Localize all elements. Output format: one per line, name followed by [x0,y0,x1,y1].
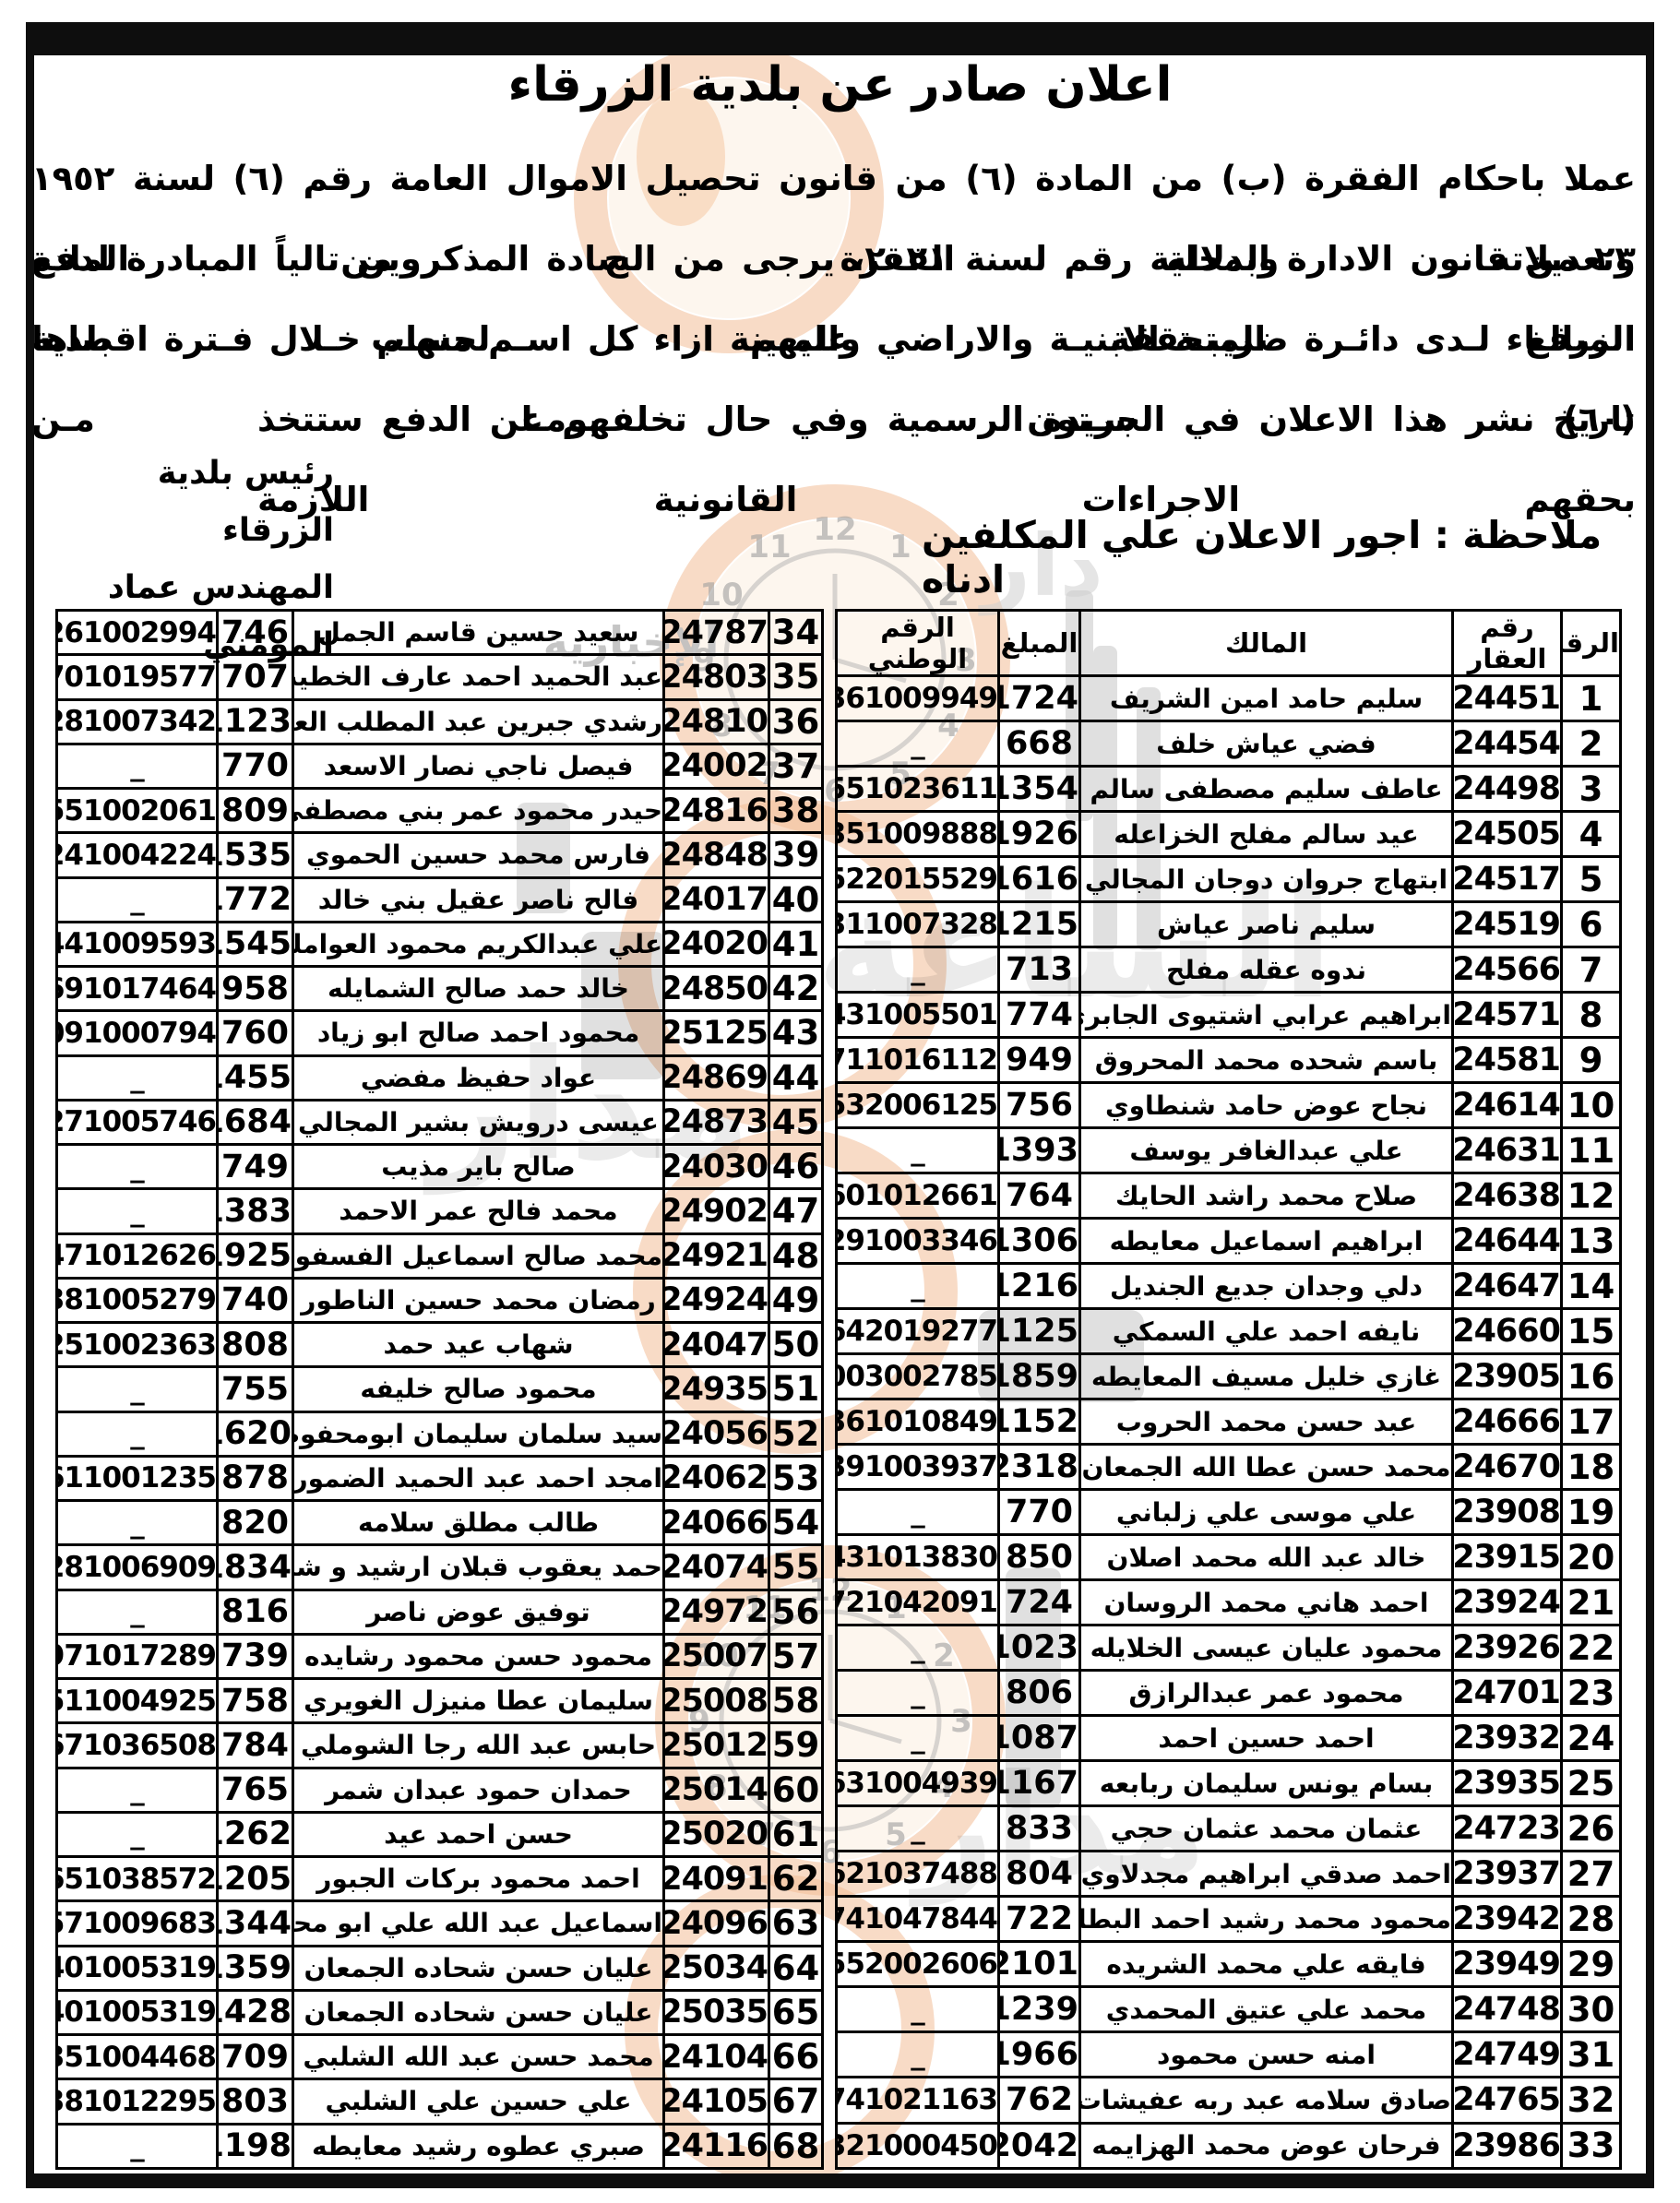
table-row: 12824638صلاح محمد راشد الحايك76496010126… [837,1173,1621,1219]
serial-cell: 25 [1562,1761,1621,1806]
national-id-cell: _ [837,1987,999,2032]
serial-cell: 18 [1562,1445,1621,1490]
owner-name-cell: محمود عمر عبدالرازق [1080,1671,1453,1716]
property-number-cell: 823937 [1453,1852,1562,1897]
property-number-cell: 824066 [664,1501,769,1545]
national-id-cell: 9291003346 [837,1219,999,1264]
table-row: 25823935بسام يونس سليمان ربابعه116796310… [837,1761,1621,1806]
owner-name-cell: رمضان محمد حسين الناطور [293,1278,664,1322]
amount-cell: 1772 [218,877,293,922]
table-row: 13824644ابراهيم اسماعيل معايطه1306929100… [837,1219,1621,1264]
property-number-cell: 824666 [1453,1399,1562,1445]
serial-cell: 61 [769,1812,823,1856]
serial-cell: 42 [769,967,823,1011]
table-row: 67824105علي حسين علي الشلبي8039381012295 [57,2079,823,2124]
national-id-cell: _ [57,1768,218,1812]
owner-name-cell: فارس محمد حسين الحموي [293,833,664,877]
table-row: 21823924احمد هاني محمد الروسان7249721042… [837,1580,1621,1625]
property-number-cell: 824803 [664,655,769,699]
table-row: 5824517ابتهاج جروان دوجان المجالي1616952… [837,857,1621,902]
property-number-cell: 824723 [1453,1806,1562,1852]
serial-cell: 64 [769,1946,823,1990]
table-row: 52824056سيد سلمان سليمان ابومحفوظ1620_ [57,1411,823,1456]
national-id-cell: 9281006909 [57,1545,218,1590]
property-number-cell: 824096 [664,1901,769,1946]
table-row: 33823986فرحان عوض محمد الهزايمه204293210… [837,2123,1621,2169]
amount-cell: 1216 [999,1264,1080,1309]
table-row: 15824660نايفه احمد علي السمكي11259642019… [837,1309,1621,1354]
amount-cell: 770 [999,1490,1080,1535]
paragraph-line: ٢٣ من قانون الادارة المحلية رقم لسنة ٢٠٢… [31,219,1636,299]
amount-cell: 820 [218,1501,293,1545]
serial-cell: 5 [1562,857,1621,902]
table-row: 4824505عيد سالم مفلح الخزاعله19269351009… [837,812,1621,857]
owner-name-cell: طالب مطلق سلامه [293,1501,664,1545]
national-id-cell: _ [57,1055,218,1100]
property-number-cell: 824451 [1453,676,1562,721]
table-row: 32824765صادق سلامه عبد ربه عفيشات7629741… [837,2078,1621,2123]
amount-cell: 803 [218,2079,293,2124]
property-number-cell: 824850 [664,967,769,1011]
owner-name-cell: ابتهاج جروان دوجان المجالي [1080,857,1453,902]
amount-cell: 878 [218,1456,293,1500]
serial-cell: 32 [1562,2078,1621,2123]
owner-name-cell: امجد احمد عبد الحميد الضمور [293,1456,664,1500]
owner-name-cell: محمود احمد صالح ابو زياد [293,1011,664,1055]
serial-cell: 12 [1562,1173,1621,1219]
owner-name-cell: فضي عياش خلف [1080,721,1453,767]
national-id-cell: 9721042091 [837,1580,999,1625]
owner-name-cell: احمد هاني محمد الروسان [1080,1580,1453,1625]
serial-cell: 51 [769,1367,823,1411]
property-number-cell: 824505 [1453,812,1562,857]
amount-cell: 740 [218,1278,293,1322]
amount-cell: 1859 [999,1354,1080,1399]
serial-cell: 41 [769,922,823,966]
serial-cell: 44 [769,1055,823,1100]
amount-cell: 850 [999,1535,1080,1580]
national-id-cell: 9361009949 [837,676,999,721]
national-id-cell: _ [837,1625,999,1671]
owner-name-cell: احمد صدقي ابراهيم مجدلاوي [1080,1852,1453,1897]
serial-cell: 43 [769,1011,823,1055]
property-number-cell: 824701 [1453,1671,1562,1716]
table-row: 50824047شهاب عيد حمد8089251002363 [57,1323,823,1367]
serial-cell: 10 [1562,1083,1621,1128]
serial-cell: 1 [1562,676,1621,721]
national-id-cell: _ [57,877,218,922]
table-row: 57825007محمود حسن محمود رشايده7399971017… [57,1634,823,1678]
amount-cell: 764 [999,1173,1080,1219]
property-number-cell: 824571 [1453,993,1562,1038]
serial-cell: 48 [769,1233,823,1278]
national-id-cell: _ [837,1264,999,1309]
amount-cell: 1383 [218,1189,293,1233]
amount-cell: 760 [218,1011,293,1055]
property-number-cell: 825012 [664,1723,769,1768]
serial-cell: 29 [1562,1942,1621,1987]
property-number-cell: 823905 [1453,1354,1562,1399]
owner-name-cell: علي عبدالكريم محمود العوامله [293,922,664,966]
table-row: 20823915خالد عبد الله محمد اصلان85094310… [837,1535,1621,1580]
owner-name-cell: محمد حسن عبد الله الشلبي [293,2035,664,2079]
property-number-cell: 824074 [664,1545,769,1590]
amount-cell: 770 [218,744,293,788]
serial-cell: 35 [769,655,823,699]
amount-cell: 756 [999,1083,1080,1128]
national-id-cell: _ [57,1367,218,1411]
table-row: 62824091احمد محمود بركات الجبور120596510… [57,1857,823,1901]
serial-cell: 55 [769,1545,823,1590]
property-number-cell: 824638 [1453,1173,1562,1219]
owner-name-cell: علي حسين علي الشلبي [293,2079,664,2124]
owner-name-cell: فيصل ناجي نصار الاسعد [293,744,664,788]
national-id-cell: 9251002363 [57,1323,218,1367]
property-number-cell: 825035 [664,1990,769,2034]
owner-name-cell: رشدي جبرين عبد المطلب العزه [293,699,664,744]
serial-cell: 13 [1562,1219,1621,1264]
serial-cell: 54 [769,1501,823,1545]
national-id-cell: 9431013830 [837,1535,999,1580]
serial-cell: 22 [1562,1625,1621,1671]
table-row: 26824723عثمان محمد عثمان حجي833_ [837,1806,1621,1852]
property-number-cell: 824062 [664,1456,769,1500]
fees-note: ملاحظة : اجور الاعلان علي المكلفين ادناه [922,513,1623,601]
table-row: 27823937احمد صدقي ابراهيم مجدلاوي8049621… [837,1852,1621,1897]
owner-name-cell: عبد حسن محمد الحروب [1080,1399,1453,1445]
amount-cell: 1125 [999,1309,1080,1354]
property-number-cell: 824519 [1453,902,1562,947]
amount-cell: 1198 [218,2124,293,2169]
owner-name-cell: علي موسى علي زلباني [1080,1490,1453,1535]
national-id-cell: 9261002994 [57,611,218,655]
table-row: 3824498عاطف سليم مصطفى سالم1354955102361… [837,767,1621,812]
serial-cell: 19 [1562,1490,1621,1535]
owner-name-cell: ندوه عقله مفلح [1080,947,1453,993]
national-id-cell: 9741021163 [837,2078,999,2123]
serial-cell: 11 [1562,1128,1621,1173]
amount-cell: 784 [218,1723,293,1768]
amount-cell: 1344 [218,1901,293,1946]
national-id-cell: _ [837,2032,999,2078]
owner-name-cell: حمد يعقوب قبلان ارشيد و شركاه [293,1545,664,1590]
owner-name-cell: محمد فالح عمر الاحمد [293,1189,664,1233]
national-id-cell: _ [57,2124,218,2169]
owner-name-cell: محمود عليان عيسى الخلايله [1080,1625,1453,1671]
property-number-cell: 824765 [1453,2078,1562,2123]
owner-name-cell: سليم ناصر عياش [1080,902,1453,947]
property-number-cell: 824972 [664,1590,769,1634]
table-row: 48824921محمد صالح اسماعيل الفسفوس1925947… [57,1233,823,1278]
amount-cell: 2101 [999,1942,1080,1987]
amount-cell: 804 [999,1852,1080,1897]
table-row: 46824030صالح باير مذيب749_ [57,1145,823,1189]
table-row: 23824701محمود عمر عبدالرازق806_ [837,1671,1621,1716]
table-row: 30824748محمد علي عتيق المحمدي1239_ [837,1987,1621,2032]
header-row: الرقم رقم العقار المالك المبلغ الرقم الو… [837,611,1621,676]
table-row: 16823905غازي خليل مسيف المعايطه185920030… [837,1354,1621,1399]
property-number-cell: 824498 [1453,767,1562,812]
national-id-cell: 9611001235 [57,1456,218,1500]
table-row: 55824074حمد يعقوب قبلان ارشيد و شركاه183… [57,1545,823,1590]
serial-cell: 8 [1562,993,1621,1038]
table-row: 56824972توفيق عوض ناصر816_ [57,1590,823,1634]
owner-name-cell: سيد سلمان سليمان ابومحفوظ [293,1411,664,1456]
column-header-national-id: الرقم الوطني [837,611,999,676]
table-row: 18824670محمد حسن عطا الله الجمعان2318939… [837,1445,1621,1490]
owner-name-cell: احمد محمود بركات الجبور [293,1857,664,1901]
national-id-cell: 9441009593 [57,922,218,966]
amount-cell: 713 [999,947,1080,993]
amount-cell: 1455 [218,1055,293,1100]
amount-cell: 1393 [999,1128,1080,1173]
serial-cell: 46 [769,1145,823,1189]
property-number-cell: 825008 [664,1679,769,1723]
owner-name-cell: فايقه علي محمد الشريده [1080,1942,1453,1987]
serial-cell: 7 [1562,947,1621,993]
amount-cell: 1167 [999,1761,1080,1806]
serial-cell: 45 [769,1100,823,1144]
property-number-cell: 824581 [1453,1038,1562,1083]
property-number-cell: 824454 [1453,721,1562,767]
owner-name-cell: باسم شحده محمد المحروق [1080,1038,1453,1083]
property-number-cell: 824056 [664,1411,769,1456]
table-row: 58825008سليمان عطا منيزل الغويري75895110… [57,1679,823,1723]
owner-name-cell: فالح ناصر عقيل بني خالد [293,877,664,922]
property-number-cell: 824670 [1453,1445,1562,1490]
property-number-cell: 823986 [1453,2123,1562,2169]
table-row: 61825020حسن احمد عيد1262_ [57,1812,823,1856]
table-row: 42824850خالد حمد صالح الشمايله9589691017… [57,967,823,1011]
amount-cell: 749 [218,1145,293,1189]
national-id-cell: 9381012295 [57,2079,218,2124]
national-id-cell: 9401005319 [57,1990,218,2034]
national-id-cell: 9601012661 [837,1173,999,1219]
right-table: الرقم رقم العقار المالك المبلغ الرقم الو… [835,609,1622,2170]
owner-name-cell: صلاح محمد راشد الحايك [1080,1173,1453,1219]
serial-cell: 33 [1562,2123,1621,2169]
serial-cell: 4 [1562,812,1621,857]
national-id-cell: 9391003937 [837,1445,999,1490]
serial-cell: 17 [1562,1399,1621,1445]
national-id-cell: _ [837,947,999,993]
table-row: 31824749امنه حسن محمود1966_ [837,2032,1621,2078]
amount-cell: 833 [999,1806,1080,1852]
property-number-cell: 825125 [664,1011,769,1055]
table-row: 28823942محمود محمد رشيد احمد البطاح و شر… [837,1897,1621,1942]
table-row: 59825012حابس عبد الله رجا الشوملي7849671… [57,1723,823,1768]
property-number-cell: 824614 [1453,1083,1562,1128]
paragraph-line: الزرقـاء لـدى دائـرة ضريبـة الابنيـة وال… [31,299,1636,379]
owner-name-cell: محمد حسن عطا الله الجمعان [1080,1445,1453,1490]
owner-name-cell: سليم حامد امين الشريف [1080,676,1453,721]
table-row: 66824104محمد حسن عبد الله الشلبي70993510… [57,2035,823,2079]
table-row: 7824566ندوه عقله مفلح713_ [837,947,1621,993]
serial-cell: 3 [1562,767,1621,812]
table-row: 9824581باسم شحده محمد المحروق94997110161… [837,1038,1621,1083]
owner-name-cell: عثمان محمد عثمان حجي [1080,1806,1453,1852]
serial-cell: 58 [769,1679,823,1723]
amount-cell: 1925 [218,1233,293,1278]
property-number-cell: 825014 [664,1768,769,1812]
table-row: 11824631علي عبدالغافر يوسف1393_ [837,1128,1621,1173]
table-row: 24823932احمد حسين احمد1087_ [837,1716,1621,1761]
national-id-cell: 9671036508 [57,1723,218,1768]
property-number-cell: 824787 [664,611,769,655]
property-number-cell: 824002 [664,744,769,788]
amount-cell: 949 [999,1038,1080,1083]
serial-cell: 36 [769,699,823,744]
table-row: 36824810رشدي جبرين عبد المطلب العزه11239… [57,699,823,744]
serial-cell: 31 [1562,2032,1621,2078]
amount-cell: 774 [999,993,1080,1038]
property-number-cell: 824020 [664,922,769,966]
amount-cell: 1215 [999,902,1080,947]
table-row: 35824803عبد الحميد احمد عارف الخطيب70797… [57,655,823,699]
owner-name-cell: صبري عطوه رشيد معايطه [293,2124,664,2169]
serial-cell: 68 [769,2124,823,2169]
column-header-amount: المبلغ [999,611,1080,676]
national-id-cell: 9522015529 [837,857,999,902]
property-number-cell: 825007 [664,1634,769,1678]
owner-name-cell: خالد عبد الله محمد اصلان [1080,1535,1453,1580]
amount-cell: 1123 [218,699,293,744]
serial-cell: 28 [1562,1897,1621,1942]
owner-name-cell: امنه حسن محمود [1080,2032,1453,2078]
property-number-cell: 823924 [1453,1580,1562,1625]
amount-cell: 1152 [999,1399,1080,1445]
table-row: 54824066طالب مطلق سلامه820_ [57,1501,823,1545]
owner-name-cell: احمد حسين احمد [1080,1716,1453,1761]
property-number-cell: 824921 [664,1233,769,1278]
property-number-cell: 824631 [1453,1128,1562,1173]
property-number-cell: 824810 [664,699,769,744]
national-id-cell: _ [57,1411,218,1456]
amount-cell: 758 [218,1679,293,1723]
table-row: 49824924رمضان محمد حسين الناطور740938100… [57,1278,823,1322]
national-id-cell: 9311007328 [837,902,999,947]
national-id-cell: 9361010849 [837,1399,999,1445]
table-row: 45824873عيسى درويش بشير المجالي168492710… [57,1100,823,1144]
page-title: اعلان صادر عن بلدية الزرقاء [0,57,1680,113]
amount-cell: 1023 [999,1625,1080,1671]
owner-name-cell: عبد الحميد احمد عارف الخطيب [293,655,664,699]
amount-cell: 707 [218,655,293,699]
column-header-owner: المالك [1080,611,1453,676]
national-id-cell: _ [837,721,999,767]
property-number-cell: 824647 [1453,1264,1562,1309]
serial-cell: 56 [769,1590,823,1634]
serial-cell: 30 [1562,1987,1621,2032]
national-id-cell: 9401005319 [57,1946,218,1990]
amount-cell: 762 [999,2078,1080,2123]
amount-cell: 1684 [218,1100,293,1144]
property-number-cell: 824935 [664,1367,769,1411]
national-id-cell: _ [57,1189,218,1233]
owner-name-cell: علي عبدالغافر يوسف [1080,1128,1453,1173]
serial-cell: 27 [1562,1852,1621,1897]
owner-name-cell: ابراهيم عرابي اشتيوى الجابرى [1080,993,1453,1038]
announcement-paragraph: عملا باحكام الفقرة (ب) من المادة (٦) من … [31,138,1636,459]
serial-cell: 24 [1562,1716,1621,1761]
table-row: 64825034عليان حسن شحاده الجمعان135994010… [57,1946,823,1990]
national-id-cell: 9571009683 [57,1901,218,1946]
table-row: 14824647دلي وجدان جديع الجنديل1216_ [837,1264,1621,1309]
serial-cell: 50 [769,1323,823,1367]
property-number-cell: 823949 [1453,1942,1562,1987]
amount-cell: 1359 [218,1946,293,1990]
property-number-cell: 824924 [664,1278,769,1322]
serial-cell: 57 [769,1634,823,1678]
table-row: 37824002فيصل ناجي نصار الاسعد770_ [57,744,823,788]
owner-name-cell: صالح باير مذيب [293,1145,664,1189]
owner-name-cell: عواد حفيظ مفضي [293,1055,664,1100]
property-number-cell: 823932 [1453,1716,1562,1761]
amount-cell: 808 [218,1323,293,1367]
property-number-cell: 824873 [664,1100,769,1144]
owner-name-cell: صادق سلامه عبد ربه عفيشات [1080,2078,1453,2123]
serial-cell: 65 [769,1990,823,2034]
column-header-property: رقم العقار [1453,611,1562,676]
national-id-cell: 9651038572 [57,1857,218,1901]
paragraph-line: عملا باحكام الفقرة (ب) من المادة (٦) من … [31,138,1636,219]
national-id-cell: _ [837,1671,999,1716]
amount-cell: 1616 [999,857,1080,902]
property-number-cell: 824660 [1453,1309,1562,1354]
amount-cell: 1354 [999,767,1080,812]
amount-cell: 958 [218,967,293,1011]
property-number-cell: 824017 [664,877,769,922]
amount-cell: 1205 [218,1857,293,1901]
owner-name-cell: خالد حمد صالح الشمايله [293,967,664,1011]
table-row: 39824848فارس محمد حسين الحموي15359241004… [57,833,823,877]
national-id-cell: 9621037488 [837,1852,999,1897]
national-id-cell: 9241004224 [57,833,218,877]
national-id-cell: _ [837,1128,999,1173]
national-id-cell: 9471012626 [57,1233,218,1278]
amount-cell: 739 [218,1634,293,1678]
property-number-cell: 824091 [664,1857,769,1901]
owner-name-cell: شهاب عيد حمد [293,1323,664,1367]
table-row: 38824816حيدر محمود عمر بني مصطفى80995510… [57,789,823,833]
serial-cell: 47 [769,1189,823,1233]
owner-name-cell: حمدان حمود عبدان شمر [293,1768,664,1812]
serial-cell: 14 [1562,1264,1621,1309]
property-number-cell: 824116 [664,2124,769,2169]
amount-cell: 1306 [999,1219,1080,1264]
serial-cell: 39 [769,833,823,877]
amount-cell: 806 [999,1671,1080,1716]
owner-name-cell: دلي وجدان جديع الجنديل [1080,1264,1453,1309]
national-id-cell: 9281007342 [57,699,218,744]
property-number-cell: 825020 [664,1812,769,1856]
national-id-cell: 9532006125 [837,1083,999,1128]
national-id-cell: 9971017289 [57,1634,218,1678]
property-number-cell: 823935 [1453,1761,1562,1806]
property-number-cell: 824517 [1453,857,1562,902]
table-row: 8824571ابراهيم عرابي اشتيوى الجابرى77494… [837,993,1621,1038]
owner-name-cell: محمد صالح اسماعيل الفسفوس [293,1233,664,1278]
serial-cell: 21 [1562,1580,1621,1625]
national-id-cell: 9091000794 [57,1011,218,1055]
owner-name-cell: اسماعيل عبد الله علي ابو محفوظ [293,1901,664,1946]
property-number-cell: 824105 [664,2079,769,2124]
property-number-cell: 824047 [664,1323,769,1367]
amount-cell: 1239 [999,1987,1080,2032]
table-row: 34824787سعيد حسين قاسم الجمل746926100299… [57,611,823,655]
serial-cell: 59 [769,1723,823,1768]
amount-cell: 1535 [218,833,293,877]
